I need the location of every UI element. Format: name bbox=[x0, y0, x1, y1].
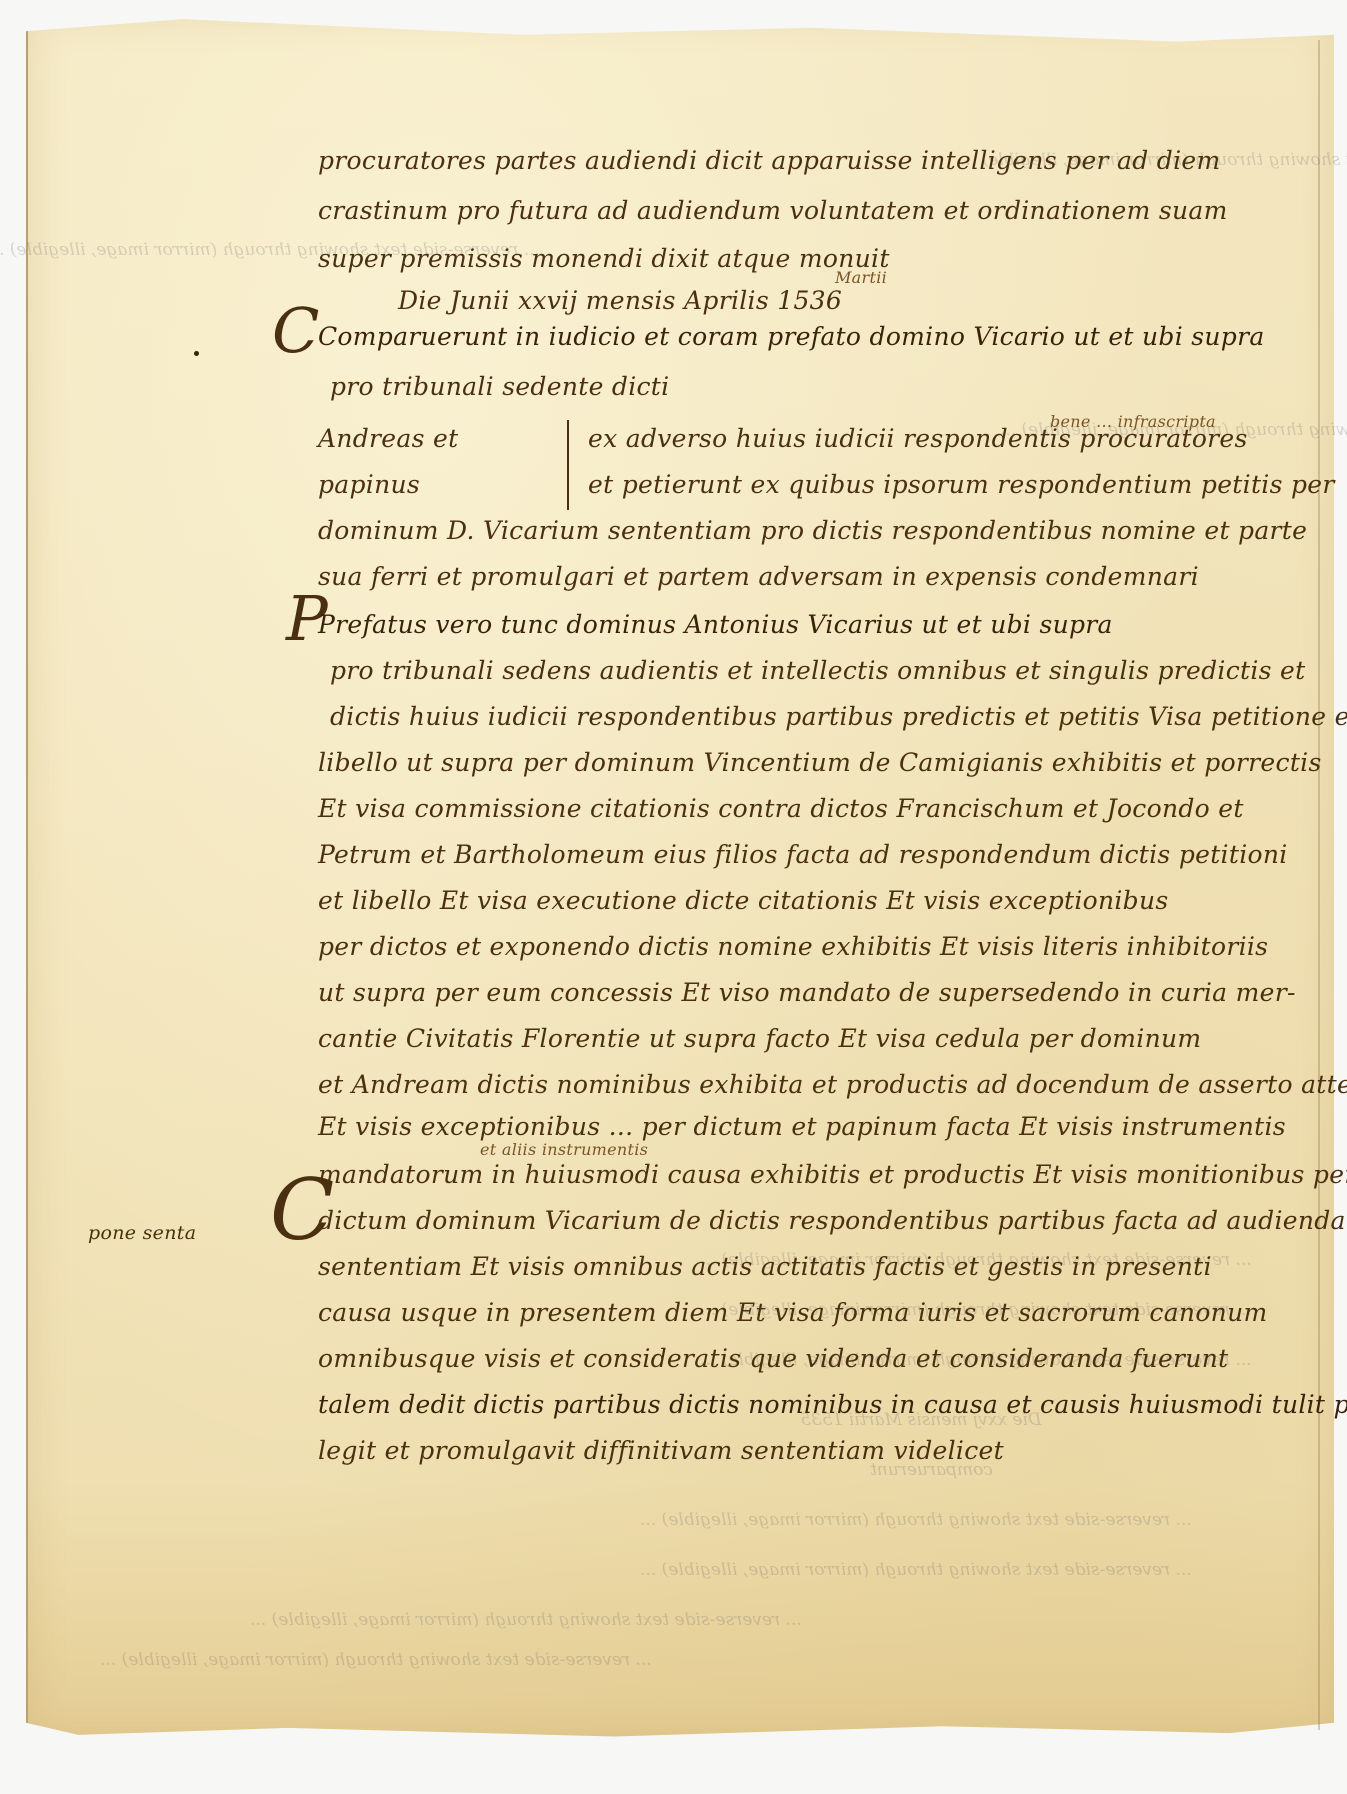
page-fold bbox=[1318, 40, 1320, 1730]
text-line-9: dominum D. Vicarium sententiam pro dicti… bbox=[318, 516, 1307, 545]
text-line-13: dictis huius iudicii respondentibus part… bbox=[330, 702, 1347, 731]
text-line-3: super premissis monendi dixit atque monu… bbox=[318, 244, 890, 273]
text-line-5: Comparuerunt in iudicio et coram prefato… bbox=[318, 322, 1265, 351]
text-line-21: et Andream dictis nominibus exhibita et … bbox=[318, 1070, 1347, 1099]
text-line-8: et petierunt ex quibus ipsorum responden… bbox=[588, 470, 1335, 499]
text-line-26: causa usque in presentem diem Et visa fo… bbox=[318, 1298, 1268, 1327]
text-line-23: mandatorum in huiusmodi causa exhibitis … bbox=[318, 1160, 1347, 1189]
text-line-17: et libello Et visa executione dicte cita… bbox=[318, 886, 1169, 915]
text-line-10: sua ferri et promulgari et partem advers… bbox=[318, 562, 1199, 591]
text-line-25: sententiam Et visis omnibus actis actita… bbox=[318, 1252, 1212, 1281]
bleed-through-text: ... reverse-side text showing through (m… bbox=[250, 1610, 802, 1630]
text-line-29: legit et promulgavit diffinitivam senten… bbox=[318, 1436, 1004, 1465]
bleed-through-text: ... reverse-side text showing through (m… bbox=[100, 1650, 652, 1670]
text-line-27: omnibusque visis et consideratis que vid… bbox=[318, 1344, 1228, 1373]
text-line-24: dictum dominum Vicarium de dictis respon… bbox=[318, 1206, 1347, 1235]
ink-dot bbox=[194, 351, 199, 356]
bleed-through-text: ... reverse-side text showing through (m… bbox=[640, 1510, 1192, 1530]
interlinear-note: et aliis instrumentis bbox=[480, 1140, 648, 1159]
bracket-line bbox=[567, 420, 569, 510]
initial-capital-C: C bbox=[270, 1168, 334, 1252]
text-line-16: Petrum et Bartholomeum eius filios facta… bbox=[318, 840, 1288, 869]
text-line-7: ex adverso huius iudicii respondentis pr… bbox=[588, 424, 1248, 453]
margin-name-andreas: Andreas et bbox=[318, 424, 458, 453]
date-correction: Martii bbox=[835, 268, 887, 287]
bleed-through-text: ... reverse-side text showing through (m… bbox=[640, 1560, 1192, 1580]
text-line-1: procuratores partes audiendi dicit appar… bbox=[318, 146, 1221, 175]
text-line-20: cantie Civitatis Florentie ut supra fact… bbox=[318, 1024, 1201, 1053]
text-line-18: per dictos et exponendo dictis nomine ex… bbox=[318, 932, 1268, 961]
text-line-6: pro tribunali sedente dicti bbox=[330, 372, 669, 401]
text-line-28: talem dedit dictis partibus dictis nomin… bbox=[318, 1390, 1347, 1419]
date-line: Die Junii xxvij mensis Aprilis 1536 bbox=[398, 286, 842, 315]
margin-name-papinus: papinus bbox=[318, 470, 420, 499]
text-line-2: crastinum pro futura ad audiendum volunt… bbox=[318, 196, 1228, 225]
text-line-11: Prefatus vero tunc dominus Antonius Vica… bbox=[318, 610, 1113, 639]
text-line-14: libello ut supra per dominum Vincentium … bbox=[318, 748, 1322, 777]
text-line-19: ut supra per eum concessis Et viso manda… bbox=[318, 978, 1296, 1007]
text-line-12: pro tribunali sedens audientis et intell… bbox=[330, 656, 1305, 685]
margin-note-pone-senta: pone senta bbox=[88, 1222, 196, 1244]
initial-capital-C: C bbox=[272, 300, 319, 362]
text-line-15: Et visa commissione citationis contra di… bbox=[318, 794, 1244, 823]
text-line-22: Et visis exceptionibus ... per dictum et… bbox=[318, 1112, 1286, 1141]
